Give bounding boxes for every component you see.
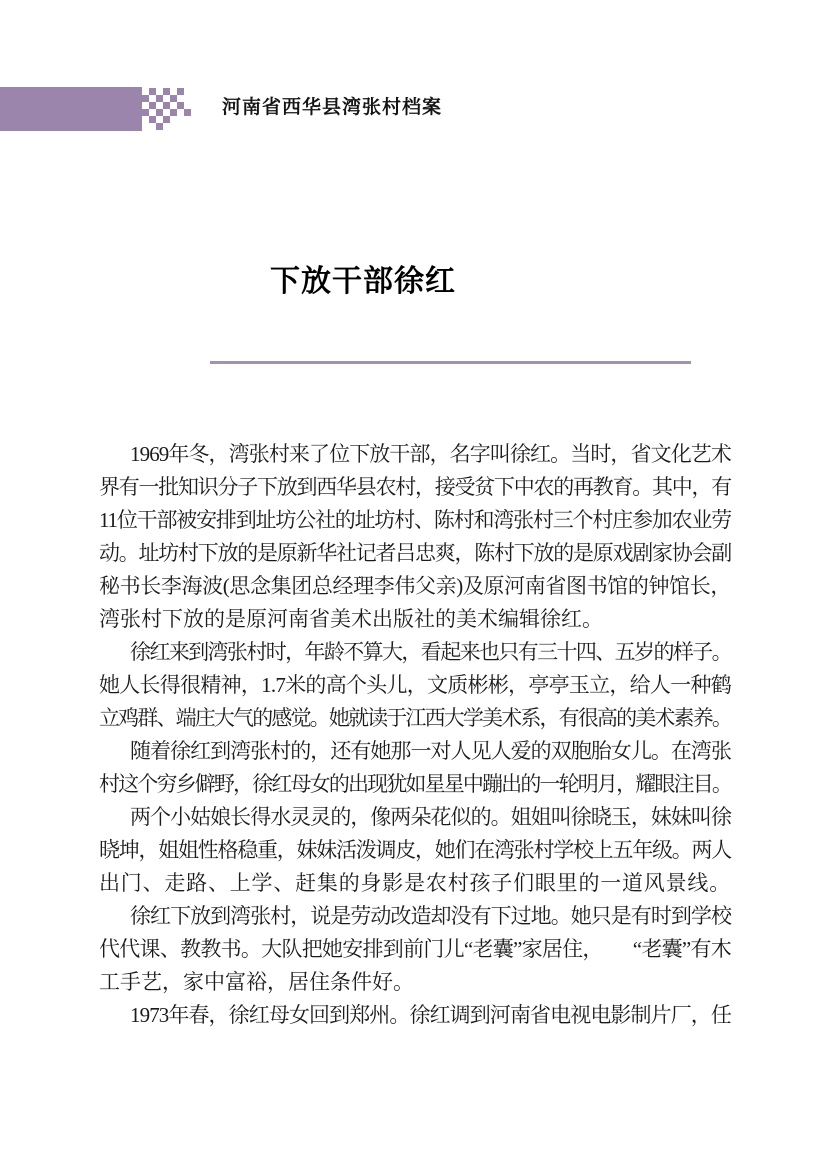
checker-square bbox=[149, 116, 156, 123]
body-line: 11位干部被安排到址坊公社的址坊村、陈村和湾张村三个村庄参加农业劳 bbox=[99, 504, 731, 537]
checker-square bbox=[156, 123, 163, 130]
body-line: 界有一批知识分子下放到西华县农村，接受贫下中农的再教育。其中，有 bbox=[99, 471, 731, 504]
article-body: 1969年冬，湾张村来了位下放干部，名字叫徐红。当时，省文化艺术界有一批知识分子… bbox=[99, 438, 731, 1032]
header-accent-bar bbox=[0, 87, 142, 131]
checker-square bbox=[163, 88, 170, 95]
title-underline-rule bbox=[210, 361, 691, 364]
body-line: 工手艺，家中富裕，居住条件好。 bbox=[99, 966, 731, 999]
checker-square bbox=[149, 88, 156, 95]
document-page: 河南省西华县湾张村档案 下放干部徐红 1969年冬，湾张村来了位下放干部，名字叫… bbox=[0, 0, 830, 1155]
checker-square bbox=[170, 95, 177, 102]
body-line: 湾张村下放的是原河南省美术出版社的美术编辑徐红。 bbox=[99, 603, 731, 636]
checker-square bbox=[149, 102, 156, 109]
article-title: 下放干部徐红 bbox=[270, 265, 456, 299]
body-line: 秘书长李海波(思念集团总经理李伟父亲)及原河南省图书馆的钟馆长， bbox=[99, 570, 731, 603]
checker-square bbox=[142, 109, 149, 116]
checker-square bbox=[184, 109, 191, 116]
running-header-title: 河南省西华县湾张村档案 bbox=[222, 96, 442, 120]
body-line: 晓坤，姐姐性格稳重，妹妹活泼调皮，她们在湾张村学校上五年级。两人 bbox=[99, 834, 731, 867]
checker-square bbox=[177, 88, 184, 95]
body-line: 代代课、教教书。大队把她安排到前门儿“老囊”家居住， “老囊”有木 bbox=[99, 933, 731, 966]
checker-square bbox=[163, 102, 170, 109]
checker-square bbox=[163, 116, 170, 123]
checker-square bbox=[170, 109, 177, 116]
body-line: 1969年冬，湾张村来了位下放干部，名字叫徐红。当时，省文化艺术 bbox=[99, 438, 731, 471]
checker-square bbox=[142, 95, 149, 102]
body-line: 徐红来到湾张村时，年龄不算大，看起来也只有三十四、五岁的样子。 bbox=[99, 636, 731, 669]
checker-square bbox=[156, 95, 163, 102]
body-line: 村这个穷乡僻野，徐红母女的出现犹如星星中蹦出的一轮明月，耀眼注目。 bbox=[99, 768, 731, 801]
body-line: 她人长得很精神，1.7米的高个头儿，文质彬彬，亭亭玉立，给人一种鹤 bbox=[99, 669, 731, 702]
body-line: 两个小姑娘长得水灵灵的，像两朵花似的。姐姐叫徐晓玉，妹妹叫徐 bbox=[99, 801, 731, 834]
checker-square bbox=[156, 109, 163, 116]
body-line: 动。址坊村下放的是原新华社记者吕忠爽，陈村下放的是原戏剧家协会副 bbox=[99, 537, 731, 570]
body-line: 随着徐红到湾张村的，还有她那一对人见人爱的双胞胎女儿。在湾张 bbox=[99, 735, 731, 768]
checker-square bbox=[177, 102, 184, 109]
body-line: 徐红下放到湾张村，说是劳动改造却没有下过地。她只是有时到学校 bbox=[99, 900, 731, 933]
body-line: 立鸡群、端庄大气的感觉。她就读于江西大学美术系，有很高的美术素养。 bbox=[99, 702, 731, 735]
body-line: 出门、走路、上学、赶集的身影是农村孩子们眼里的一道风景线。 bbox=[99, 867, 731, 900]
body-line: 1973年春，徐红母女回到郑州。徐红调到河南省电视电影制片厂，任 bbox=[99, 999, 731, 1032]
